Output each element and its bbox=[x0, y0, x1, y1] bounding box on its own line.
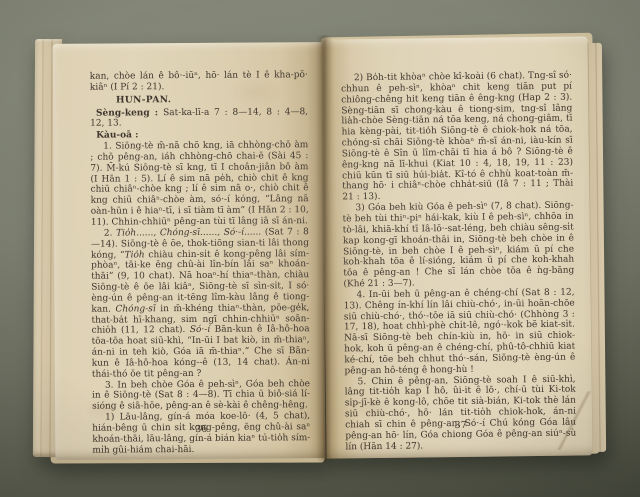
text-run: kan, chòe lán ê bô·-iūⁿ, hō· lán tè I ê … bbox=[90, 70, 308, 92]
text-run: 1. Siōng-tè m̄-nā chō kng, iā chhòng-chō… bbox=[90, 140, 308, 227]
paragraph: 2) Bo̍h-tit khòaⁿ chòe kî-koài (6 chat).… bbox=[341, 71, 574, 204]
open-book: kan, chòe lán ê bô·-iūⁿ, hō· lán tè I ê … bbox=[34, 36, 606, 464]
left-page-text: kan, chòe lán ê bô·-iūⁿ, hō· lán tè I ê … bbox=[90, 70, 311, 456]
paragraph: Sèng-keng : Sat-ka-lī-a 7 : 8—14, 8 : 4—… bbox=[90, 107, 308, 130]
left-page: kan, chòe lán ê bô·-iūⁿ, hō· lán tè I ê … bbox=[53, 42, 326, 460]
paragraph: 1. Siōng-tè m̄-nā chō kng, iā chhòng-chō… bbox=[90, 140, 309, 228]
text-run: Tio̍h......, Chóng-sī......, Só·-í...... bbox=[116, 227, 261, 238]
paragraph: 3. In beh chòe Góa ê peh-sìⁿ, Góa beh ch… bbox=[92, 379, 310, 413]
text-run: Tio̍h bbox=[125, 250, 145, 260]
text-run: 2) Bo̍h-tit khòaⁿ chòe kî-koài (6 chat).… bbox=[341, 71, 573, 203]
paragraph: HUN-PAN. bbox=[116, 94, 308, 106]
text-run: 3. In beh chòe Góa ê peh-sìⁿ, Góa beh ch… bbox=[92, 379, 310, 412]
text-run: Chóng-sī bbox=[115, 304, 155, 314]
text-run: 4. In-ūi beh ū pêng-an ê chéng-chí (Sat … bbox=[344, 287, 576, 376]
text-run: 3) Góa beh kiù Góa ê peh-sìⁿ (7, 8 chat)… bbox=[343, 201, 575, 290]
text-run: 5. Chin ê pêng-an, Siōng-tè soah I ê siū… bbox=[345, 374, 577, 452]
text-run: Só·-í bbox=[190, 325, 210, 335]
text-run: HUN-PAN. bbox=[116, 95, 171, 105]
left-page-number: 36 bbox=[92, 423, 310, 436]
book-gutter bbox=[316, 36, 332, 461]
paragraph: kan, chòe lán ê bô·-iūⁿ, hō· lán tè I ê … bbox=[90, 70, 308, 93]
paragraph: 4. In-ūi beh ū pêng-an ê chéng-chí (Sat … bbox=[344, 287, 576, 377]
book-photo-scene: kan, chòe lán ê bô·-iūⁿ, hō· lán tè I ê … bbox=[0, 0, 640, 497]
text-run: Sèng-keng : bbox=[96, 108, 163, 118]
paragraph: 3) Góa beh kiù Góa ê peh-sìⁿ (7, 8 chat)… bbox=[342, 201, 574, 291]
right-page: 2) Bo̍h-tit khòaⁿ chòe kî-koài (6 chat).… bbox=[321, 36, 592, 458]
paragraph: 2. Tio̍h......, Chóng-sī......, Só·-í...… bbox=[91, 227, 310, 380]
text-run: Kàu-oā : bbox=[96, 131, 138, 141]
right-page-text: 2) Bo̍h-tit khòaⁿ chòe kî-koài (6 chat).… bbox=[341, 71, 577, 453]
text-run: 2. bbox=[104, 228, 116, 238]
paragraph: 5. Chin ê pêng-an, Siōng-tè soah I ê siū… bbox=[345, 374, 577, 453]
